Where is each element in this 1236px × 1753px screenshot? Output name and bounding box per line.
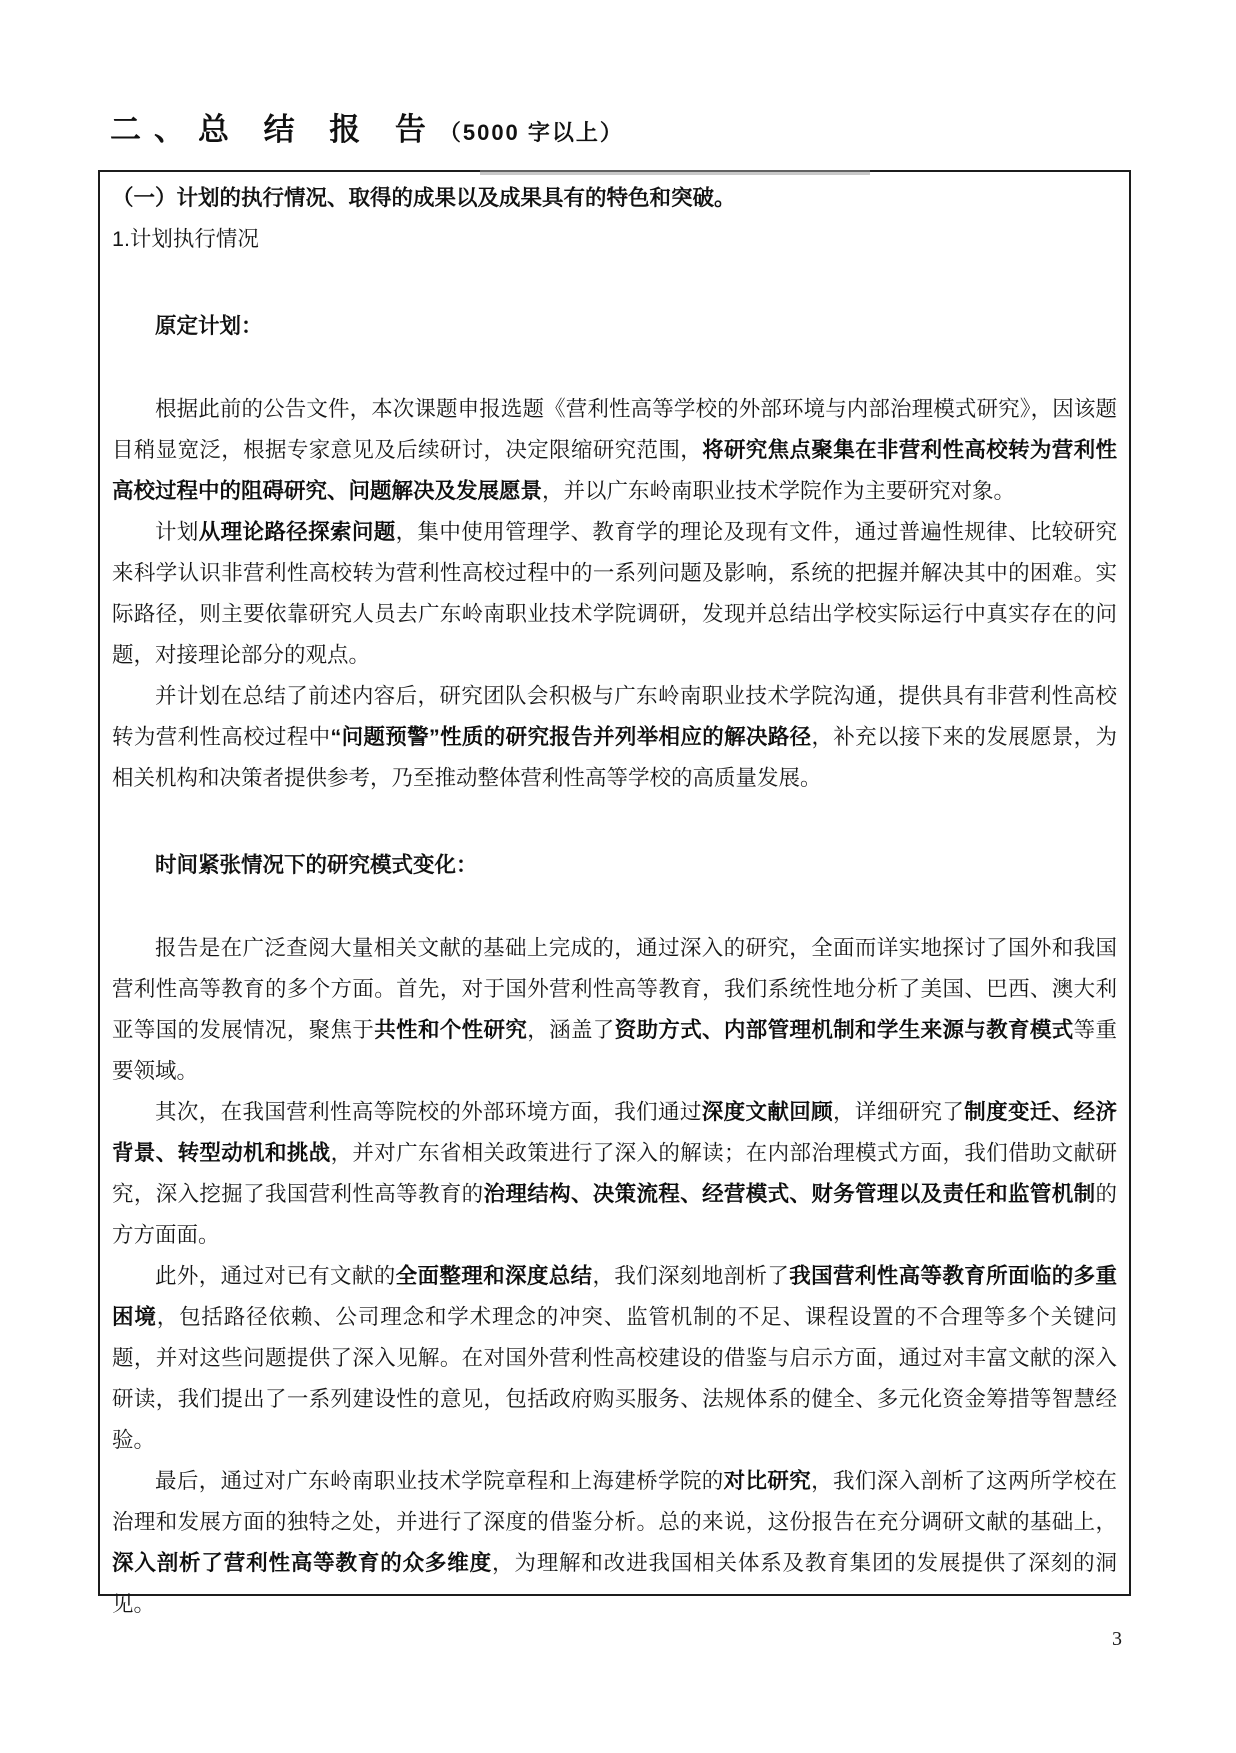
page-title: 二、总 结 报 告（5000 字以上）: [110, 104, 624, 149]
text-run: 对比研究: [724, 1469, 812, 1493]
text-run: 最后，通过对广东岭南职业技术学院章程和上海建桥学院的: [155, 1469, 724, 1493]
subheading: 原定计划：: [112, 306, 1117, 347]
text-run: “问题预警”性质的研究报告并列举相应的解决路径: [330, 725, 811, 749]
text-run: 深度文献回顾: [702, 1100, 833, 1124]
text-run: 深入剖析了营利性高等教育的众多维度: [112, 1551, 492, 1575]
text-run: ，我们深刻地剖析了: [592, 1264, 789, 1288]
text-run: 全面整理和深度总结: [396, 1264, 593, 1288]
paragraph: 最后，通过对广东岭南职业技术学院章程和上海建桥学院的对比研究，我们深入剖析了这两…: [112, 1461, 1117, 1625]
paragraph: 根据此前的公告文件，本次课题申报选题《营利性高等学校的外部环境与内部治理模式研究…: [112, 389, 1117, 512]
text-run: 其次，在我国营利性高等院校的外部环境方面，我们通过: [155, 1100, 702, 1124]
report-subsection-heading: 1.计划执行情况: [112, 219, 1117, 260]
text-run: ，涵盖了: [527, 1018, 614, 1042]
paragraph: 计划从理论路径探索问题，集中使用管理学、教育学的理论及现有文件，通过普遍性规律、…: [112, 512, 1117, 676]
page-title-note: （5000 字以上）: [439, 120, 624, 145]
text-run: 原定计划：: [155, 314, 263, 338]
paragraph: 其次，在我国营利性高等院校的外部环境方面，我们通过深度文献回顾，详细研究了制度变…: [112, 1092, 1117, 1256]
report-body: 原定计划：根据此前的公告文件，本次课题申报选题《营利性高等学校的外部环境与内部治…: [112, 306, 1117, 1625]
scan-artifact: [480, 170, 870, 175]
report-section-heading: （一）计划的执行情况、取得的成果以及成果具有的特色和突破。: [112, 178, 1117, 219]
page-number: 3: [1112, 1628, 1122, 1651]
text-run: ，并以广东岭南职业技术学院作为主要研究对象。: [542, 479, 1015, 503]
paragraph: 并计划在总结了前述内容后，研究团队会积极与广东岭南职业技术学院沟通，提供具有非营…: [112, 676, 1117, 799]
text-run: 时间紧张情况下的研究模式变化：: [155, 853, 478, 877]
text-run: ，详细研究了: [833, 1100, 964, 1124]
page-title-main: 二、总 结 报 告: [110, 112, 439, 147]
report-box: （一）计划的执行情况、取得的成果以及成果具有的特色和突破。 1.计划执行情况 原…: [98, 170, 1131, 1596]
text-run: 从理论路径探索问题: [199, 520, 396, 544]
text-run: ，包括路径依赖、公司理念和学术理念的冲突、监管机制的不足、课程设置的不合理等多个…: [112, 1305, 1117, 1452]
paragraph: 报告是在广泛查阅大量相关文献的基础上完成的，通过深入的研究，全面而详实地探讨了国…: [112, 928, 1117, 1092]
text-run: 治理结构、决策流程、经营模式、财务管理以及责任和监管机制: [484, 1182, 1096, 1206]
text-run: 计划: [155, 520, 199, 544]
text-run: 共性和个性研究: [374, 1018, 527, 1042]
text-run: 资助方式、内部管理机制和学生来源与教育模式: [615, 1018, 1074, 1042]
paragraph: 此外，通过对已有文献的全面整理和深度总结，我们深刻地剖析了我国营利性高等教育所面…: [112, 1256, 1117, 1461]
subheading: 时间紧张情况下的研究模式变化：: [112, 845, 1117, 886]
text-run: 此外，通过对已有文献的: [155, 1264, 396, 1288]
